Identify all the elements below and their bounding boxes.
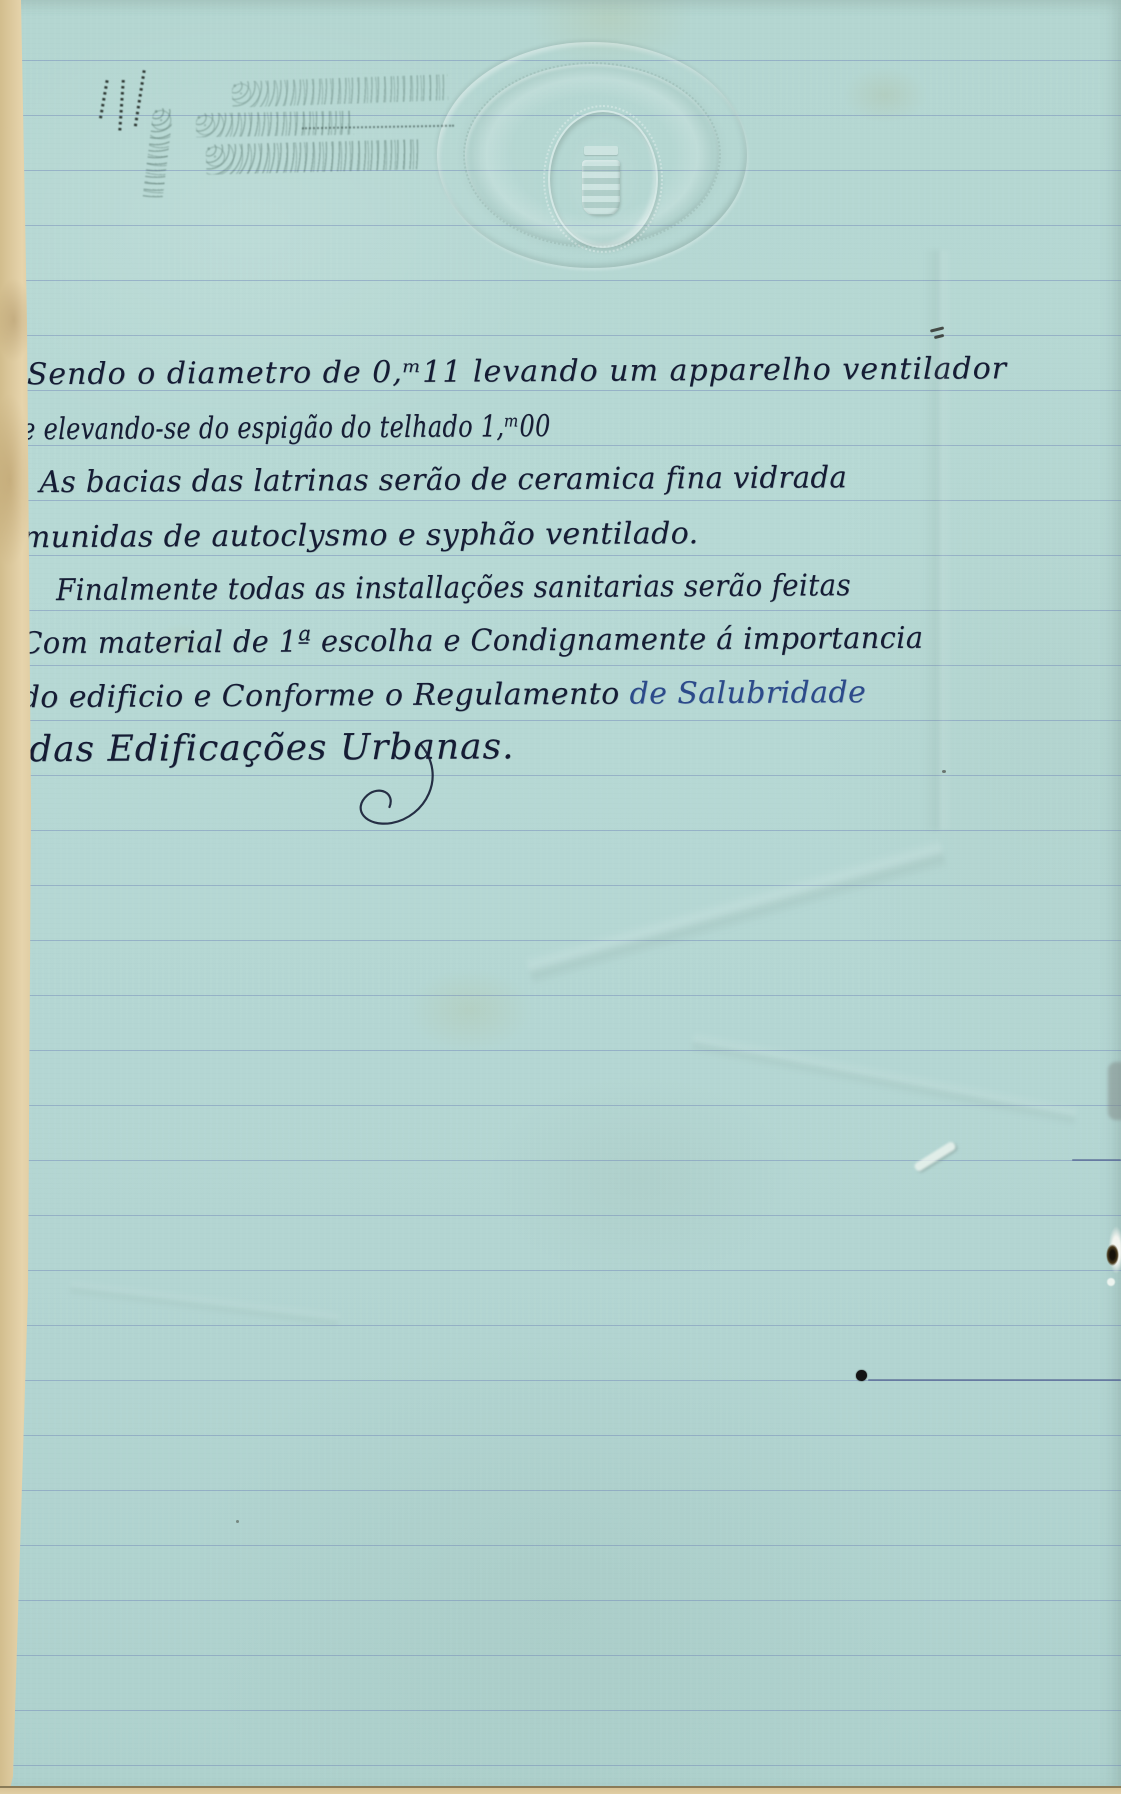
handwriting-line: e elevando-se do espigão do telhado 1,ᵐ0… bbox=[21, 409, 551, 447]
page-hole-fleck bbox=[1107, 1278, 1115, 1286]
handwriting-text: Com material de 1ª escolha e Condignamen… bbox=[20, 621, 923, 662]
paper-speck bbox=[236, 1520, 239, 1523]
handwriting-text: As bacias das latrinas serão de ceramica… bbox=[39, 460, 847, 500]
underlying-page-edge-bottom bbox=[0, 1786, 1121, 1794]
page-hole-core bbox=[1106, 1244, 1119, 1266]
handwriting-text: Sendo o diametro de 0,ᵐ11 levando um app… bbox=[27, 351, 1007, 392]
ink-dash-marks bbox=[930, 328, 952, 342]
edge-smudge bbox=[1108, 1062, 1121, 1120]
handwriting-text: Finalmente todas as installações sanitar… bbox=[56, 568, 851, 608]
scanned-ledger-sheet: Sendo o diametro de 0,ᵐ11 levando um app… bbox=[0, 0, 1121, 1794]
handwriting-text-blue-ink: de Salubridade bbox=[629, 675, 866, 711]
handwriting-line: Com material de 1ª escolha e Condignamen… bbox=[20, 621, 923, 662]
handwriting-line: As bacias das latrinas serão de ceramica… bbox=[39, 460, 847, 500]
handwriting-line: das Edificações Urbanas. bbox=[29, 726, 515, 770]
handwriting-line: munidas de autoclysmo e syphão ventilado… bbox=[22, 516, 699, 555]
handwriting-text: e elevando-se do espigão do telhado 1,ᵐ0… bbox=[21, 409, 551, 447]
paper-speck bbox=[942, 770, 946, 773]
handwriting-line: do edificio e Conforme o Regulamento de … bbox=[21, 675, 867, 715]
manuscript-text-block: Sendo o diametro de 0,ᵐ11 levando um app… bbox=[0, 0, 1121, 1794]
handwriting-line: Sendo o diametro de 0,ᵐ11 levando um app… bbox=[27, 351, 1007, 392]
handwriting-line: Finalmente todas as installações sanitar… bbox=[56, 568, 851, 608]
handwriting-text: do edificio e Conforme o Regulamento bbox=[21, 677, 630, 716]
handwriting-text: munidas de autoclysmo e syphão ventilado… bbox=[22, 516, 699, 555]
handwriting-text: das Edificações Urbanas. bbox=[29, 726, 515, 770]
